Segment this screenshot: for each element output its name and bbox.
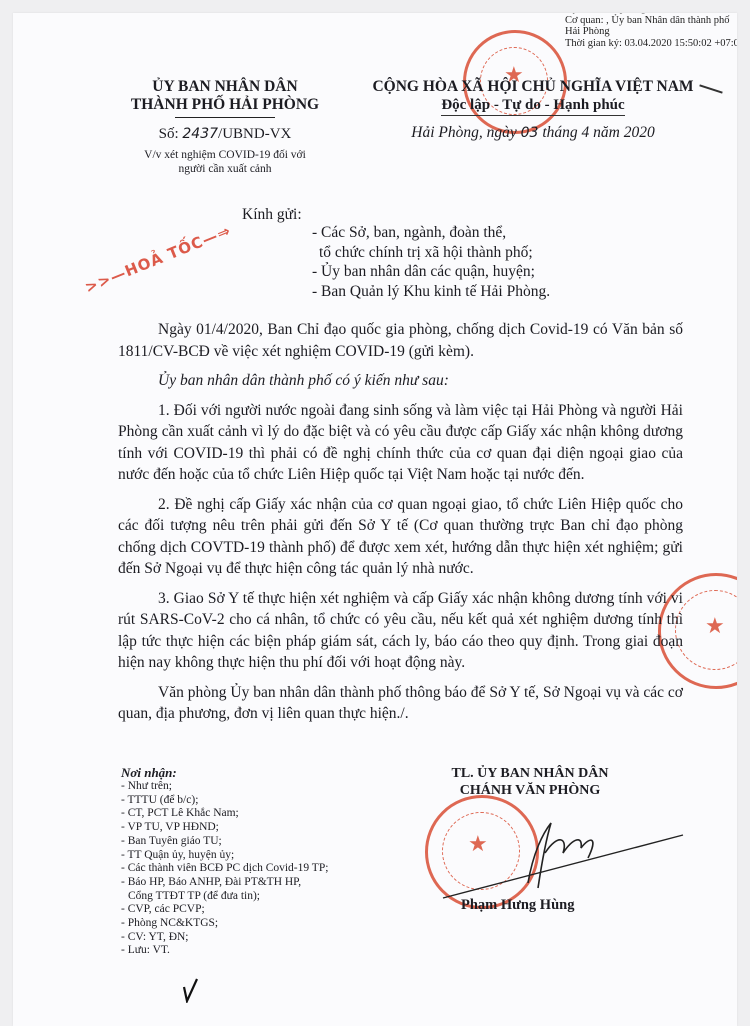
opinion-intro: Ủy ban nhân dân thành phố có ý kiến như … <box>118 370 683 392</box>
star-icon: ★ <box>705 614 725 639</box>
urgent-stamp: >>—HOẢ TỐC—⇒ <box>82 221 233 296</box>
point-1: 1. Đối với người nước ngoài đang sinh số… <box>118 400 683 486</box>
header-divider <box>175 117 275 118</box>
letter-body: Ngày 01/4/2020, Ban Chỉ đạo quốc gia phò… <box>118 319 683 725</box>
handwritten-signature <box>433 813 693 903</box>
issuer-header: ỦY BAN NHÂN DÂN THÀNH PHỐ HẢI PHÒNG Số: … <box>90 78 360 176</box>
signing-agency: Cơ quan: , Ủy ban Nhân dân thành phố Hải… <box>565 15 737 38</box>
signer-name: Phạm Hưng Hùng <box>461 897 574 914</box>
addressee-list: - Các Sở, ban, ngành, đoàn thể, tổ chức … <box>312 223 550 301</box>
checkmark-initial <box>180 975 200 1003</box>
document-number: Số: 2437/UBND-VX <box>90 124 360 144</box>
arrow-head-icon: —⇒ <box>199 221 233 249</box>
digital-signature-info: Ký bởi: Văn phòng Cơ quan: , Ủy ban Nhân… <box>565 13 737 49</box>
document-page: ★ ★ ★ Ký bởi: Văn phòng Cơ quan: , Ủy ba… <box>13 13 737 1026</box>
issuer-name-line2: THÀNH PHỐ HẢI PHÒNG <box>90 96 360 114</box>
issuer-name-line1: ỦY BAN NHÂN DÂN <box>90 78 360 96</box>
intro-paragraph: Ngày 01/4/2020, Ban Chỉ đạo quốc gia phò… <box>118 319 683 362</box>
document-subject: V/v xét nghiệm COVID-19 đối với người cầ… <box>90 148 360 176</box>
addressee-label: Kính gửi: <box>242 206 302 224</box>
point-3: 3. Giao Sở Y tế thực hiện xét nghiệm và … <box>118 588 683 674</box>
signatory-title: CHÁNH VĂN PHÒNG <box>425 782 635 799</box>
signature-block: TL. ỦY BAN NHÂN DÂN CHÁNH VĂN PHÒNG <box>425 765 635 799</box>
national-header: CỘNG HÒA XÃ HỘI CHỦ NGHĨA VIỆT NAM Độc l… <box>328 78 737 142</box>
nation-title: CỘNG HÒA XÃ HỘI CHỦ NGHĨA VIỆT NAM <box>328 78 737 96</box>
arrow-tail-icon: >>— <box>82 264 129 297</box>
handwritten-number: 2437 <box>182 126 218 142</box>
closing-paragraph: Văn phòng Ủy ban nhân dân thành phố thôn… <box>118 682 683 725</box>
signing-time: Thời gian ký: 03.04.2020 15:50:02 +07:00 <box>565 38 737 50</box>
national-motto: Độc lập - Tự do - Hạnh phúc <box>441 96 624 116</box>
distribution-list: Nơi nhận: - Như trên; - TTTU (để b/c); -… <box>121 765 328 958</box>
issue-date: Hải Phòng, ngày 03 tháng 4 năm 2020 <box>328 124 737 142</box>
signatory-authority: TL. ỦY BAN NHÂN DÂN <box>425 765 635 782</box>
point-2: 2. Đề nghị cấp Giấy xác nhận của cơ quan… <box>118 494 683 580</box>
distribution-title: Nơi nhận: <box>121 765 328 780</box>
